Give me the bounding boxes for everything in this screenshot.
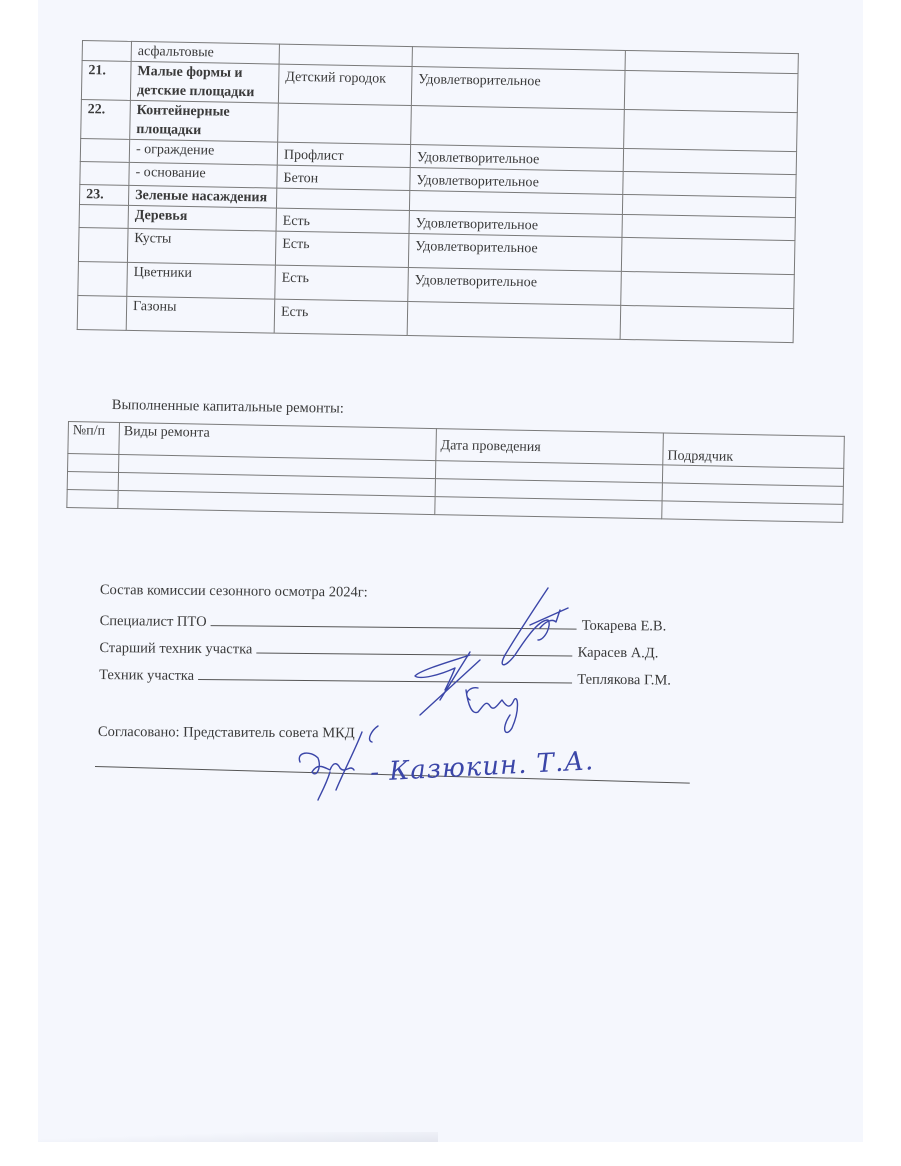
row-number — [77, 295, 127, 330]
element-material: Есть — [276, 208, 409, 233]
element-note — [621, 237, 795, 274]
element-name: Кусты — [127, 228, 276, 265]
element-material — [278, 103, 412, 144]
row-number — [82, 41, 131, 62]
element-condition: Удовлетворительное — [410, 145, 623, 172]
element-material: Есть — [275, 265, 409, 301]
element-condition — [407, 302, 621, 340]
signature-line — [198, 667, 572, 684]
element-name: Зеленые насаждения — [128, 185, 276, 208]
commission-block: Состав комиссии сезонного осмотра 2024г:… — [99, 582, 672, 698]
row-number — [79, 204, 128, 228]
element-name: - основание — [129, 162, 277, 188]
repairs-cell — [435, 497, 662, 519]
signature-line — [210, 613, 576, 630]
commission-member: Техник участка Теплякова Г.М. — [99, 666, 671, 698]
member-name: Токарева Е.В. — [580, 618, 667, 635]
element-note — [622, 214, 795, 240]
element-name: Цветники — [127, 262, 276, 299]
element-note — [620, 305, 794, 342]
element-condition — [411, 106, 625, 149]
element-name: Газоны — [126, 296, 275, 333]
row-number: 23. — [79, 184, 128, 205]
member-name: Карасев А.Д. — [576, 645, 659, 662]
row-number — [78, 261, 128, 296]
row-number — [80, 161, 129, 185]
repairs-table: №п/п Виды ремонта Дата проведения Подряд… — [66, 421, 845, 523]
element-note — [621, 271, 795, 308]
approved-label: Согласовано: Представитель совета МКД — [98, 724, 355, 742]
signature-line — [256, 641, 572, 657]
element-name: Контейнерные площадки — [130, 100, 279, 142]
element-condition: Удовлетворительное — [408, 268, 622, 306]
element-material: Профлист — [277, 142, 410, 167]
element-note — [623, 171, 796, 197]
repairs-cell — [68, 454, 119, 473]
element-material: Есть — [275, 231, 409, 267]
row-number: 22. — [81, 99, 131, 139]
repairs-caption: Выполненные капитальные ремонты: — [112, 397, 344, 418]
element-note — [624, 70, 798, 112]
inspection-table: асфальтовые21.Малые формы и детские площ… — [77, 40, 799, 343]
element-material: Бетон — [277, 165, 410, 190]
row-number: 21. — [81, 61, 131, 101]
element-note — [623, 148, 796, 174]
element-name: Деревья — [128, 205, 276, 231]
header-date: Дата проведения — [436, 429, 664, 465]
element-material: Есть — [274, 299, 408, 335]
element-condition: Удовлетворительное — [408, 234, 622, 272]
element-name: Малые формы и детские площадки — [130, 61, 279, 103]
row-number — [78, 227, 128, 262]
element-condition: Удовлетворительное — [411, 67, 625, 110]
element-material: Детский городок — [278, 64, 412, 105]
header-num: №п/п — [68, 422, 120, 455]
repairs-cell — [662, 501, 843, 522]
element-condition: Удовлетворительное — [409, 211, 622, 238]
repairs-cell — [67, 489, 118, 508]
row-number — [80, 138, 129, 162]
member-role: Техник участка — [99, 667, 194, 684]
element-material — [276, 188, 409, 210]
header-contractor: Подрядчик — [663, 433, 845, 468]
repairs-cell — [67, 472, 118, 491]
element-condition: Удовлетворительное — [410, 168, 623, 195]
element-material — [279, 44, 412, 66]
element-name: асфальтовые — [131, 41, 279, 64]
element-name: - ограждение — [129, 139, 277, 165]
member-role: Специалист ПТО — [100, 613, 207, 630]
member-name: Теплякова Г.М. — [575, 672, 671, 689]
element-note — [624, 109, 798, 151]
page-curl-shadow — [38, 1132, 438, 1142]
member-role: Старший техник участка — [99, 640, 252, 657]
